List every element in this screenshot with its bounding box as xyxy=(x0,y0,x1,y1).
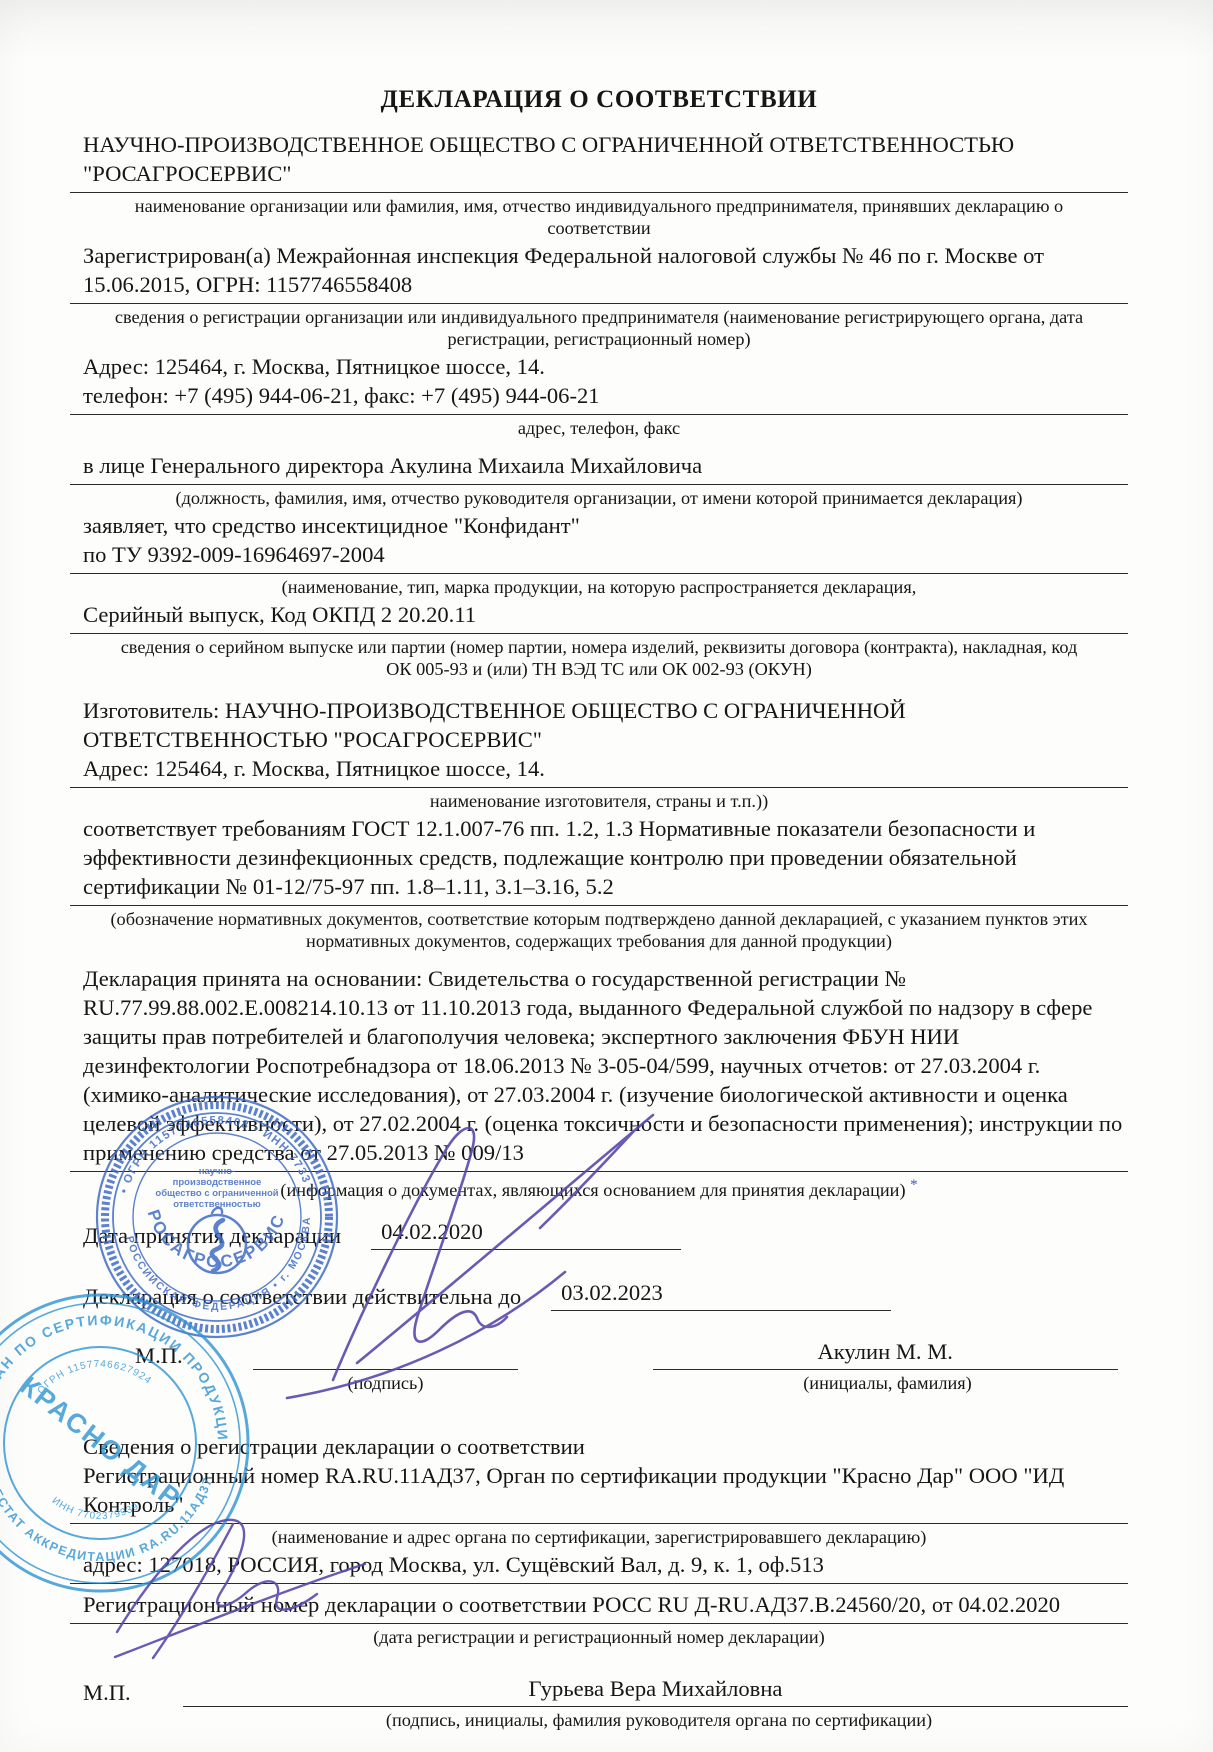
applicant-name: НАУЧНО-ПРОИЗВОДСТВЕННОЕ ОБЩЕСТВО С ОГРАН… xyxy=(70,130,1128,193)
director-caption: (должность, фамилия, имя, отчество руков… xyxy=(70,485,1128,511)
adoption-date-label: Дата принятия декларации xyxy=(83,1221,341,1250)
registry-body-address: адрес: 127018, РОССИЯ, город Москва, ул.… xyxy=(70,1550,1128,1584)
applicant-phone: телефон: +7 (495) 944-06-21, факс: +7 (4… xyxy=(83,381,1128,410)
validity-date-label: Декларация о соответствии действительна … xyxy=(83,1282,521,1311)
manufacturer-caption: наименование изготовителя, страны и т.п.… xyxy=(70,788,1128,814)
manufacturer-name: Изготовитель: НАУЧНО-ПРОИЗВОДСТВЕННОЕ ОБ… xyxy=(83,696,1128,754)
adoption-date-value: 04.02.2020 xyxy=(371,1217,681,1250)
registry-section-title: Сведения о регистрации декларации о соот… xyxy=(70,1432,1128,1461)
stamp-place-label-2: М.П. xyxy=(83,1678,141,1707)
registration-text: Зарегистрирован(а) Межрайонная инспекция… xyxy=(70,241,1128,304)
manufacturer-address: Адрес: 125464, г. Москва, Пятницкое шосс… xyxy=(83,754,1128,783)
validity-date-value: 03.02.2023 xyxy=(551,1278,891,1311)
serial-text: Серийный выпуск, Код ОКПД 2 20.20.11 xyxy=(70,600,1128,634)
stamp-place-label: М.П. xyxy=(135,1341,183,1370)
signature-caption: (подпись) xyxy=(253,1372,518,1394)
head-name: Акулин М. М. xyxy=(653,1337,1118,1370)
basis-text: Декларация принята на основании: Свидете… xyxy=(70,964,1128,1172)
signature-row: М.П. Акулин М. М. xyxy=(70,1337,1128,1370)
document-title: ДЕКЛАРАЦИЯ О СООТВЕТСТВИИ xyxy=(70,86,1128,114)
product-statement: заявляет, что средство инсектицидное "Ко… xyxy=(70,511,1128,540)
manufacturer-block: Изготовитель: НАУЧНО-ПРОИЗВОДСТВЕННОЕ ОБ… xyxy=(70,696,1128,788)
product-tu: по ТУ 9392-009-16964697-2004 xyxy=(70,540,1128,574)
contacts-caption: адрес, телефон, факс xyxy=(70,415,1128,441)
registry-number-text: Регистрационный номер RA.RU.11АД37, Орга… xyxy=(70,1461,1128,1524)
applicant-address: Адрес: 125464, г. Москва, Пятницкое шосс… xyxy=(83,352,1128,381)
cert-head-name: Гурьева Вера Михайловна xyxy=(183,1674,1128,1707)
basis-caption: (информация о документах, являющихся осн… xyxy=(70,1172,1128,1203)
final-signature-row: М.П. Гурьева Вера Михайловна xyxy=(70,1674,1128,1707)
adoption-date-row: Дата принятия декларации 04.02.2020 xyxy=(70,1217,1128,1250)
compliance-text: соответствует требованиям ГОСТ 12.1.007-… xyxy=(70,814,1128,906)
validity-date-row: Декларация о соответствии действительна … xyxy=(70,1278,1128,1311)
serial-caption: сведения о серийном выпуске или партии (… xyxy=(70,634,1128,682)
compliance-caption: (обозначение нормативных документов, соо… xyxy=(70,906,1128,954)
basis-asterisk-mark: * xyxy=(910,1177,918,1193)
signature-line xyxy=(253,1339,518,1370)
head-name-caption: (инициалы, фамилия) xyxy=(655,1372,1120,1394)
registry-body-caption: (наименование и адрес органа по сертифик… xyxy=(70,1524,1128,1550)
product-caption: (наименование, тип, марка продукции, на … xyxy=(70,574,1128,600)
final-signature-caption: (подпись, инициалы, фамилия руководителя… xyxy=(70,1707,1128,1731)
contacts-block: Адрес: 125464, г. Москва, Пятницкое шосс… xyxy=(70,352,1128,415)
declaration-document: ДЕКЛАРАЦИЯ О СООТВЕТСТВИИ НАУЧНО-ПРОИЗВО… xyxy=(0,0,1213,1752)
director-text: в лице Генерального директора Акулина Ми… xyxy=(70,451,1128,485)
applicant-caption: наименование организации или фамилия, им… xyxy=(70,193,1128,241)
registration-caption: сведения о регистрации организации или и… xyxy=(70,304,1128,352)
registry-decl-number: Регистрационный номер декларации о соотв… xyxy=(70,1590,1128,1624)
signature-captions: (подпись) (инициалы, фамилия) xyxy=(70,1370,1128,1394)
document-content: ДЕКЛАРАЦИЯ О СООТВЕТСТВИИ НАУЧНО-ПРОИЗВО… xyxy=(70,86,1128,1731)
registry-decl-caption: (дата регистрации и регистрационный номе… xyxy=(70,1624,1128,1650)
